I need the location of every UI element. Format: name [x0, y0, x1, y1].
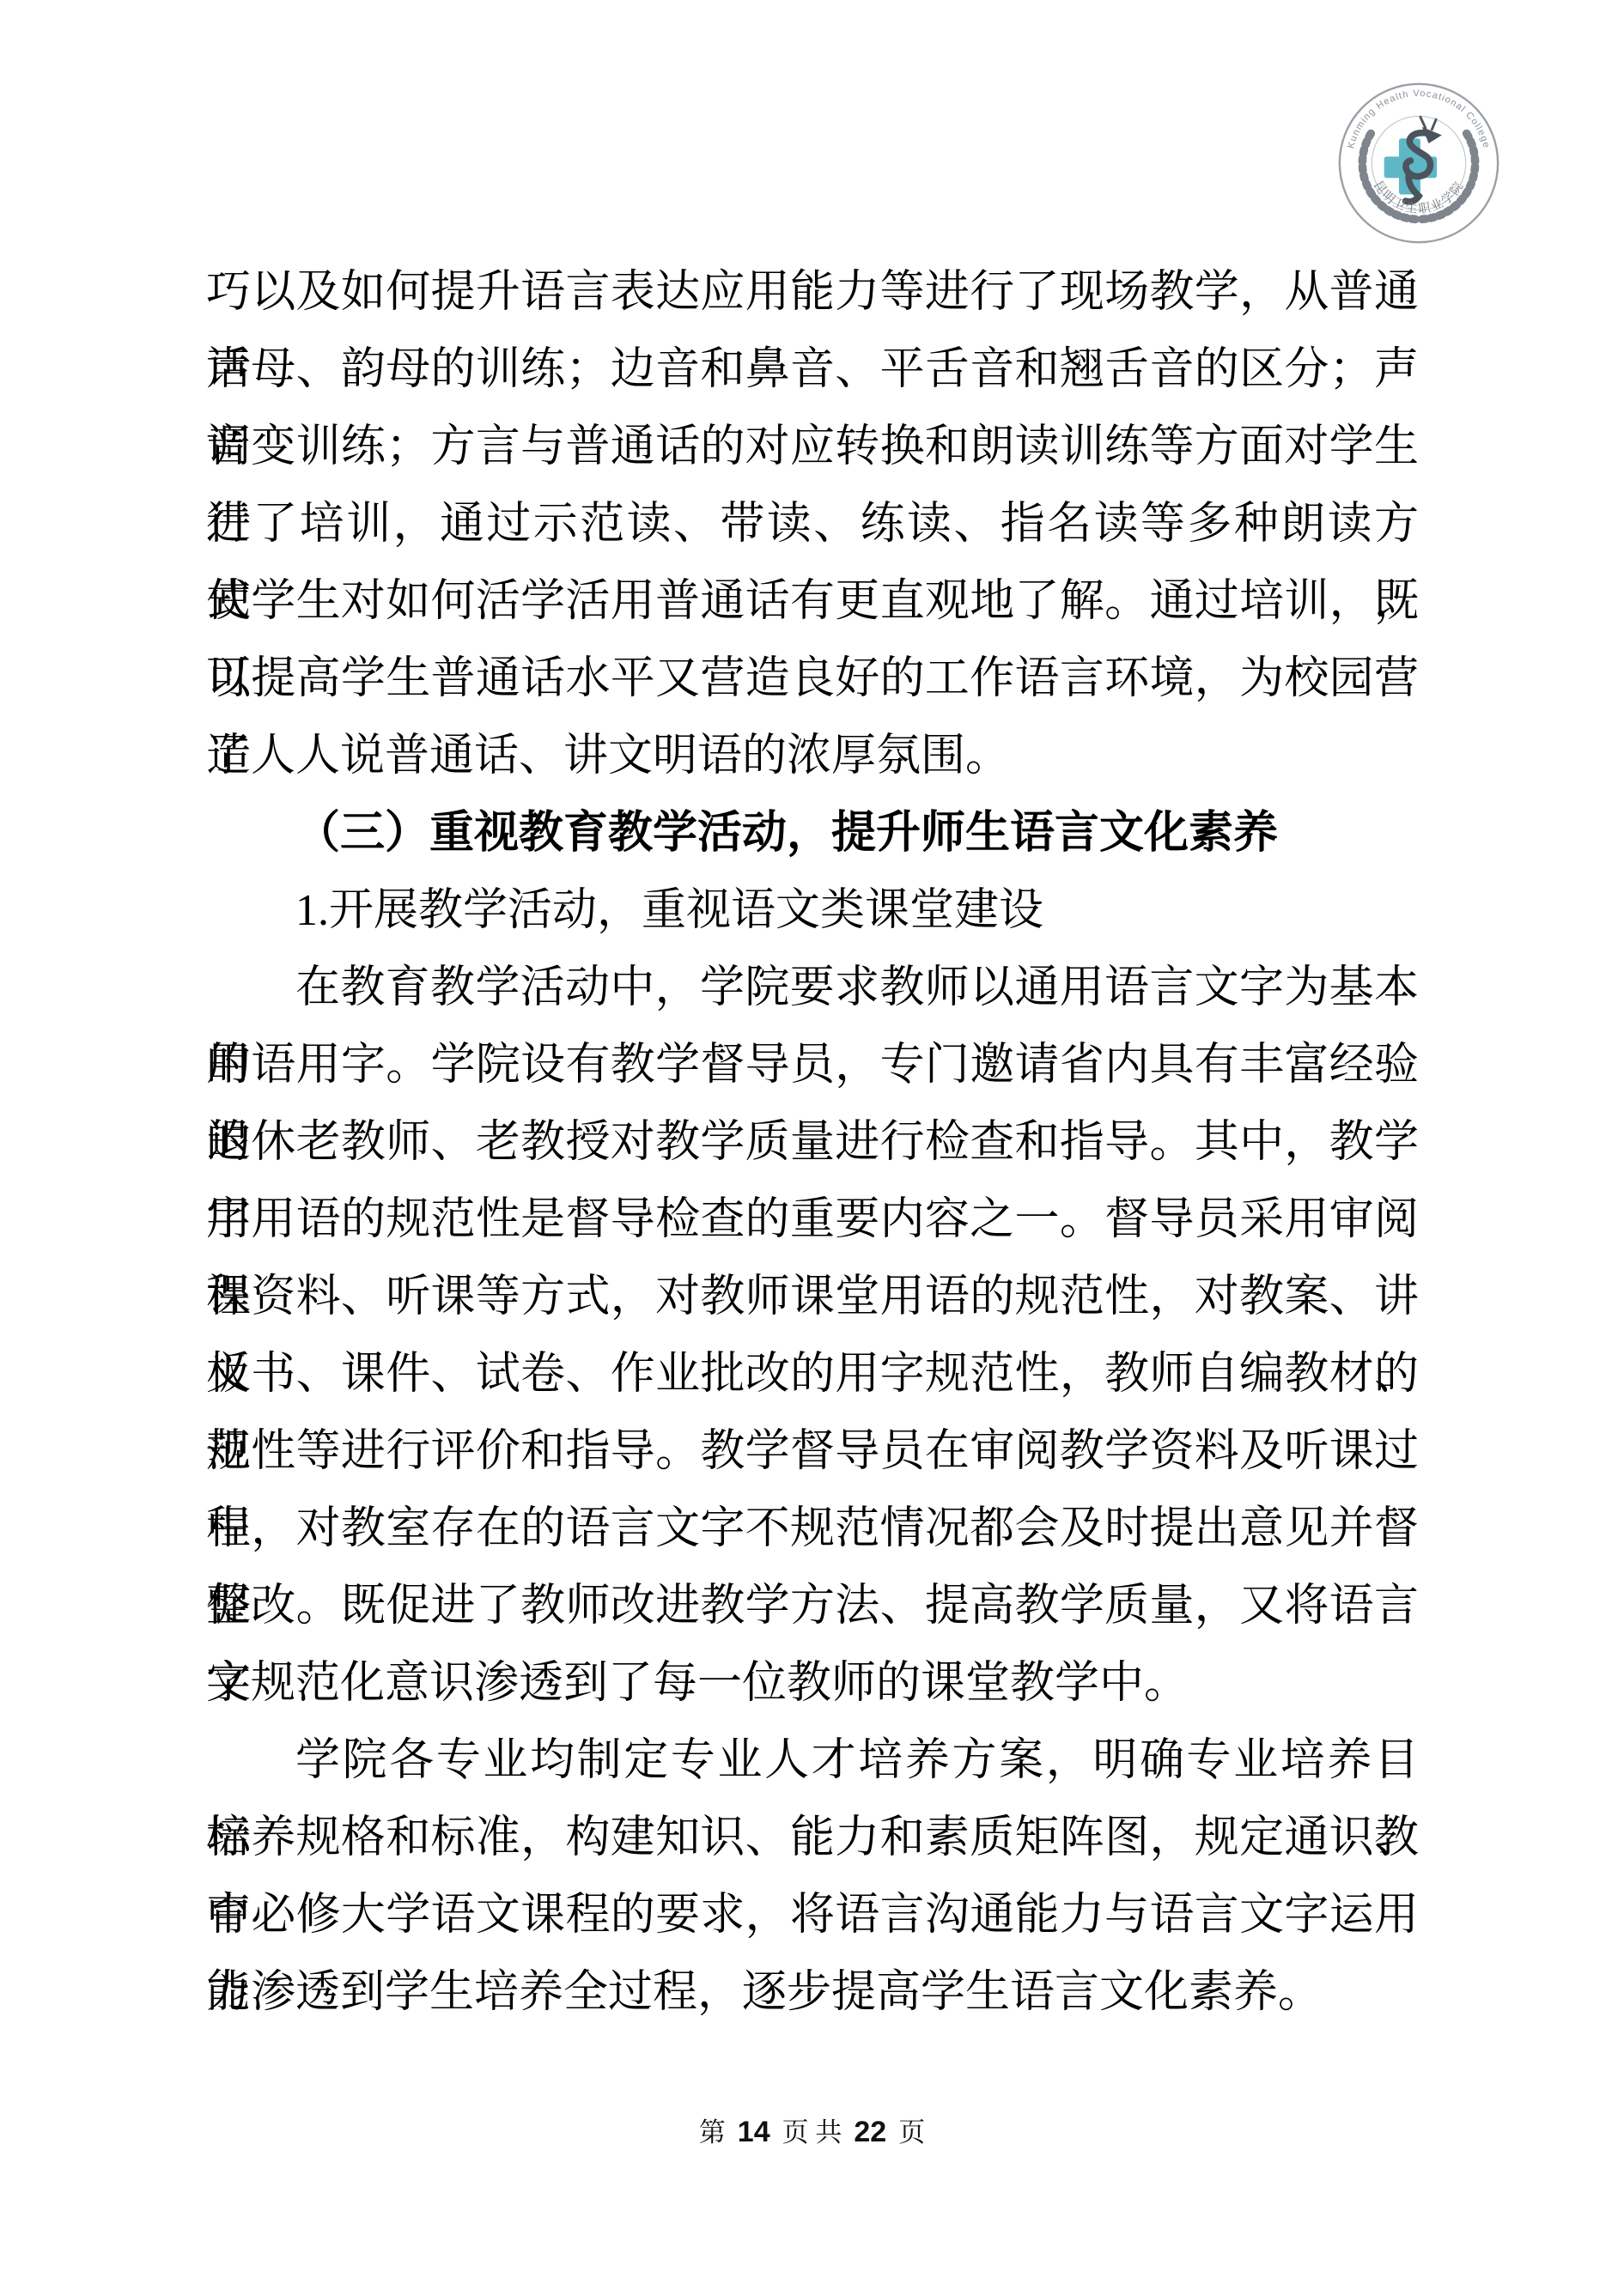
text-line: 中，对教室存在的语言文字不规范情况都会及时提出意见并督促	[206, 1491, 1419, 1568]
text-line: 在教育教学活动中，学院要求教师以通用语言文字为基本的	[206, 950, 1419, 1027]
text-line: 用语用字。学院设有教学督导员，专门邀请省内具有丰富经验的	[206, 1027, 1419, 1104]
page-footer: 第14页 共22页	[0, 2111, 1624, 2149]
text-line: 学院各专业均制定专业人才培养方案，明确专业培养目标、	[206, 1722, 1419, 1800]
text-line: 板书、课件、试卷、作业批改的用字规范性，教师自编教材的规	[206, 1336, 1419, 1413]
text-line: 字用语的规范性是督导检查的重要内容之一。督导员采用审阅课	[206, 1181, 1419, 1259]
text-line: 力渗透到学生培养全过程，逐步提高学生语言文化素养。	[206, 1954, 1419, 2032]
text-line: 音变训练；方言与普通话的对应转换和朗读训练等方面对学生进	[206, 409, 1419, 486]
text-line: 1.开展教学活动，重视语文类课堂建设	[206, 872, 1419, 950]
text-line: 字规范化意识渗透到了每一位教师的课堂教学中。	[206, 1645, 1419, 1722]
text-line: 使学生对如何活学活用普通话有更直观地了解。通过培训，既可	[206, 563, 1419, 641]
text-lines: 巧以及如何提升语言表达应用能力等进行了现场教学，从普通话声母、韵母的训练；边音和…	[206, 254, 1419, 2032]
section-heading: （三）重视教育教学活动，提升师生语言文化素养	[206, 795, 1419, 872]
text-line: 程资料、听课等方式，对教师课堂用语的规范性，对教案、讲义、	[206, 1259, 1419, 1336]
college-logo: Kunming Health Vocational College 昆明卫生职业…	[1336, 81, 1501, 246]
text-line: 培养规格和标准，构建知识、能力和素质矩阵图，规定通识教育	[206, 1800, 1419, 1877]
document-page: Kunming Health Vocational College 昆明卫生职业…	[0, 0, 1624, 2296]
footer-label-mid: 页 共	[782, 2117, 842, 2147]
footer-total-pages: 22	[854, 2116, 886, 2148]
text-line: 了人人说普通话、讲文明语的浓厚氛围。	[206, 718, 1419, 795]
text-line: 声母、韵母的训练；边音和鼻音、平舌音和翘舌音的区分；声调	[206, 331, 1419, 409]
text-line: 以提高学生普通话水平又营造良好的工作语言环境，为校园营造	[206, 641, 1419, 718]
footer-label-prefix: 第	[699, 2117, 726, 2147]
text-line: 整改。既促进了教师改进教学方法、提高教学质量，又将语言文	[206, 1568, 1419, 1645]
text-line: 巧以及如何提升语言表达应用能力等进行了现场教学，从普通话	[206, 254, 1419, 331]
footer-label-suffix: 页	[898, 2117, 925, 2147]
footer-current-page: 14	[738, 2116, 770, 2148]
text-line: 中必修大学语文课程的要求，将语言沟通能力与语言文字运用能	[206, 1877, 1419, 1954]
text-line: 范性等进行评价和指导。教学督导员在审阅教学资料及听课过程	[206, 1413, 1419, 1491]
text-line: 行了培训，通过示范读、带读、练读、指名读等多种朗读方式，	[206, 486, 1419, 563]
text-line: 退休老教师、老教授对教学质量进行检查和指导。其中，教学用	[206, 1104, 1419, 1181]
